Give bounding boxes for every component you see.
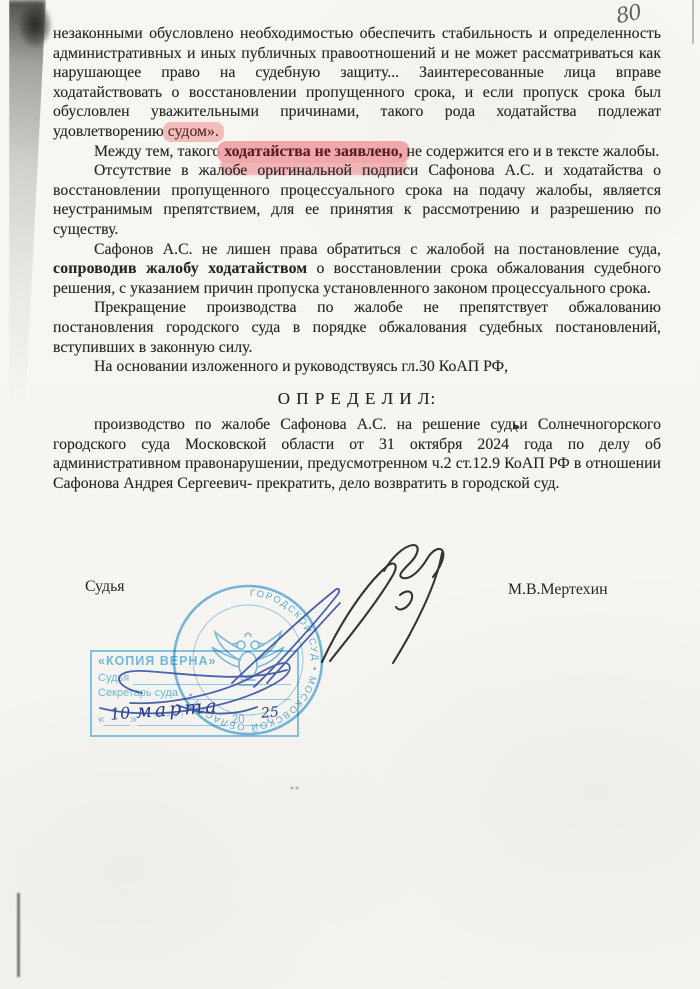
paragraph-missing-signature: Отсутствие в жалобе оригинальной подписи… [53,161,661,239]
scanned-court-ruling-page: 80 незаконными обусловлено необходимость… [0,0,700,989]
scan-shadow-left-edge [6,0,46,470]
scan-scratch-mark [17,893,20,977]
judge-name: М.В.Мертехин [508,581,608,599]
highlighted-phrase-no-motion: ходатайства не заявлено, [217,141,409,163]
bold-phrase-accompany-motion: сопроводив жалобу ходатайством [53,260,307,277]
scan-shadow-top-corner [12,0,58,56]
resolutive-heading: О П Р Е Д Е Л И Л: [53,389,661,409]
highlighted-word-sudom: судом». [163,122,224,142]
paragraph-termination-effect: Прекращение производства по жалобе не пр… [53,298,661,357]
paragraph-operative-part: производство по жалобе Сафонова А.С. на … [53,415,661,493]
certification-signature-ink [82,575,354,727]
paragraph-legal-basis: На основании изложенного и руководствуяс… [53,357,661,377]
paragraph-continuation: незаконными обусловлено необходимостью о… [53,24,661,142]
scan-dot-noise [290,786,299,790]
paragraph-right-to-refile: Сафонов А.С. не лишен права обратиться с… [53,240,661,299]
paragraph-no-motion: Между тем, такого ходатайства не заявлен… [53,142,661,162]
scan-edge-line-right [692,0,694,44]
ruling-text-block: незаконными обусловлено необходимостью о… [53,24,661,494]
